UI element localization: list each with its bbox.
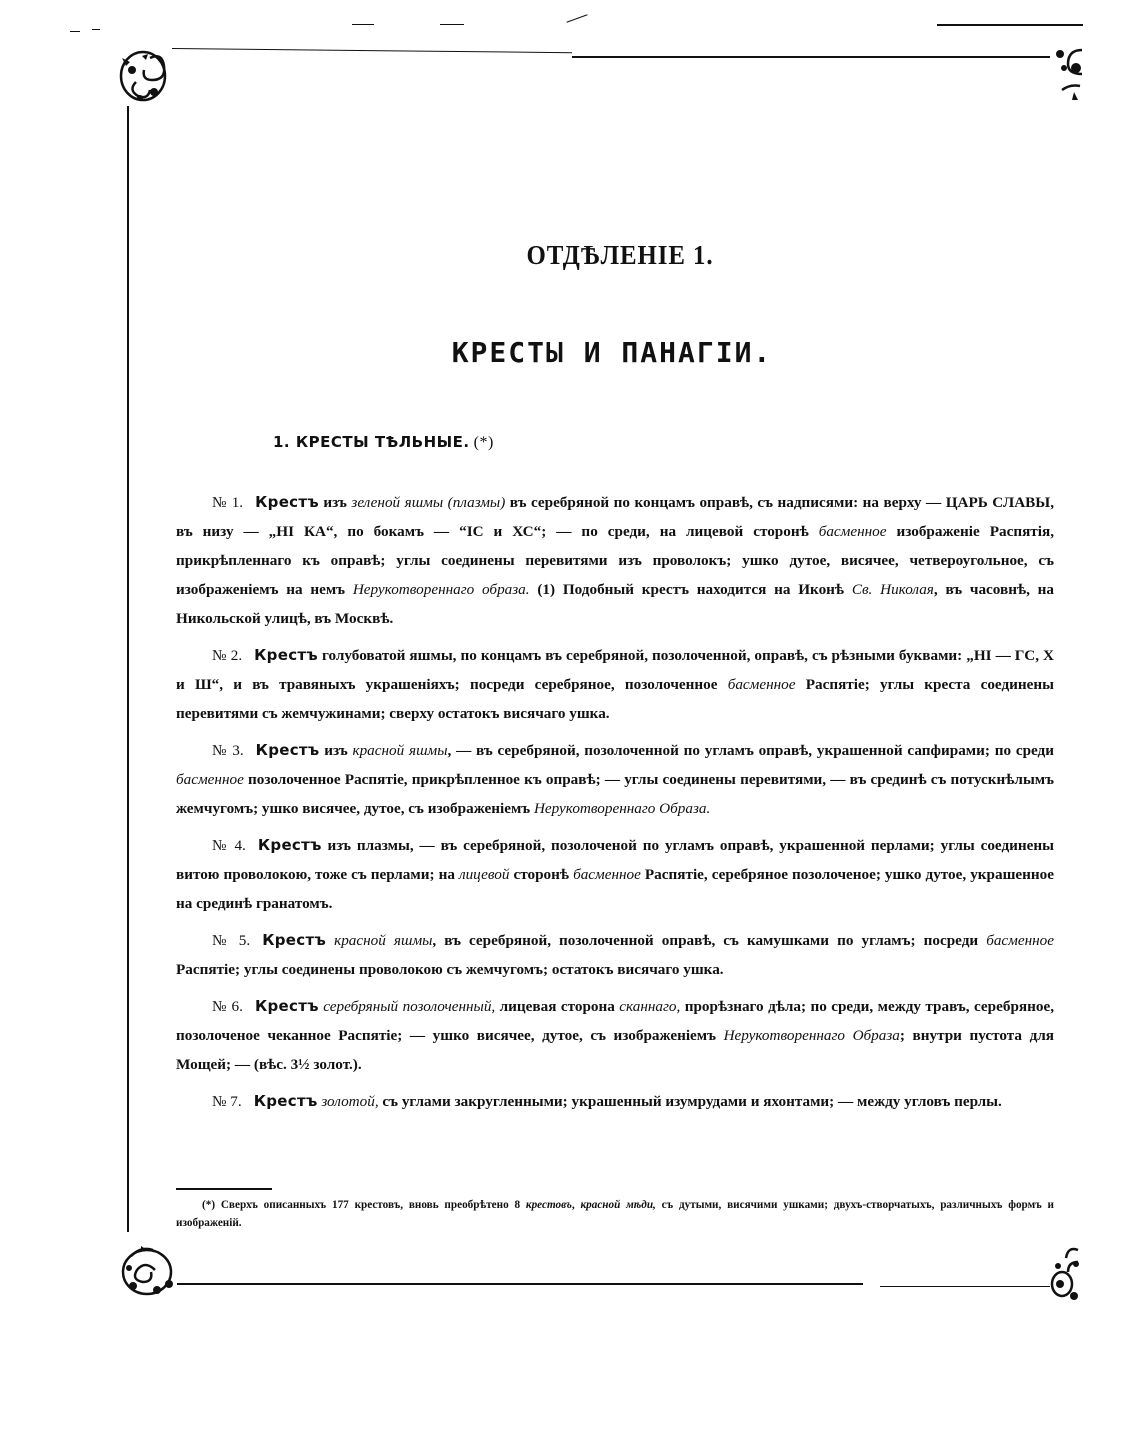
entry-number: № 4. bbox=[212, 837, 246, 854]
footnote-rule bbox=[176, 1188, 272, 1190]
text: изъ bbox=[319, 494, 351, 511]
entry-number: № 5. bbox=[212, 932, 250, 949]
scan-mark bbox=[352, 24, 374, 25]
italic-text: басменное bbox=[728, 676, 796, 693]
footnote: (*) Сверхъ описанныхъ 177 крестовъ, внов… bbox=[176, 1196, 1054, 1232]
frame-top-rule-right bbox=[572, 56, 1050, 58]
catalogue-entry: № 2.Крестъ голубоватой яшмы, по концамъ … bbox=[176, 641, 1054, 728]
frame-top-rule bbox=[172, 48, 572, 53]
italic-text: зеленой яшмы (плазмы) bbox=[351, 494, 505, 511]
italic-text: Нерукотвореннаго Образа. bbox=[534, 800, 710, 817]
italic-text: басменное bbox=[573, 866, 641, 883]
corner-ornament-top-right-icon bbox=[1052, 40, 1092, 106]
catalogue-entry: № 6.Крестъ серебряный позолоченный, лице… bbox=[176, 992, 1054, 1079]
subsection-label: 1. КРЕСТЫ ТѢЛЬНЫЕ. bbox=[273, 433, 470, 451]
italic-text: крестовъ bbox=[526, 1199, 572, 1211]
text: , — въ серебряной, позолоченной по углам… bbox=[448, 742, 1054, 759]
frame-bottom-rule-right bbox=[880, 1286, 1050, 1287]
italic-text: Нерукотвореннаго Образа bbox=[724, 1027, 900, 1044]
text: лицевая сторона bbox=[495, 998, 619, 1015]
corner-ornament-bottom-right-icon bbox=[1048, 1240, 1088, 1306]
footnote-marker: (*) bbox=[474, 434, 494, 451]
italic-text: басменное bbox=[819, 523, 887, 540]
scan-mark bbox=[92, 29, 100, 30]
text: сторонѣ bbox=[509, 866, 573, 883]
corner-ornament-bottom-left-icon bbox=[115, 1240, 181, 1306]
section-heading: ОТДѢЛЕНІЕ 1. bbox=[50, 240, 1140, 271]
italic-text: красной яшмы bbox=[352, 742, 447, 759]
text: съ углами закругленными; украшенный изум… bbox=[379, 1093, 1002, 1110]
italic-text: золотой, bbox=[321, 1093, 378, 1110]
catalogue-entry: № 4.Крестъ изъ плазмы, — въ серебряной, … bbox=[176, 831, 1054, 918]
entry-number: № 3. bbox=[212, 742, 244, 759]
text: (*) Сверхъ описанныхъ 177 крестовъ, внов… bbox=[202, 1199, 526, 1211]
header-rule bbox=[937, 24, 1083, 26]
italic-text: серебряный позолоченный, bbox=[323, 998, 495, 1015]
entry-number: № 1. bbox=[212, 494, 243, 511]
entry-keyword: Крестъ bbox=[258, 836, 322, 854]
text: (1) Подобный крестъ находится на Иконѣ bbox=[530, 581, 852, 598]
italic-text: красной яшмы bbox=[334, 932, 432, 949]
entry-number: № 7. bbox=[212, 1093, 242, 1110]
entry-keyword: Крестъ bbox=[256, 741, 320, 759]
scan-mark bbox=[566, 14, 587, 22]
entry-number: № 2. bbox=[212, 647, 242, 664]
catalogue-entry: № 1.Крестъ изъ зеленой яшмы (плазмы) въ … bbox=[176, 488, 1054, 633]
entry-number: № 6. bbox=[212, 998, 243, 1015]
entry-keyword: Крестъ bbox=[254, 646, 318, 664]
catalogue-entry: № 7.Крестъ золотой, съ углами закругленн… bbox=[176, 1087, 1054, 1116]
text bbox=[326, 932, 334, 949]
catalogue-entry: № 5.Крестъ красной яшмы, въ серебряной, … bbox=[176, 926, 1054, 984]
italic-text: лицевой bbox=[459, 866, 510, 883]
entry-list: № 1.Крестъ изъ зеленой яшмы (плазмы) въ … bbox=[176, 488, 1054, 1124]
entry-keyword: Крестъ bbox=[255, 493, 319, 511]
frame-bottom-rule bbox=[177, 1283, 863, 1285]
catalogue-entry: № 3.Крестъ изъ красной яшмы, — въ серебр… bbox=[176, 736, 1054, 823]
italic-text: Нерукотвореннаго образа. bbox=[353, 581, 530, 598]
entry-keyword: Крестъ bbox=[262, 931, 326, 949]
italic-text: басменное bbox=[986, 932, 1054, 949]
text: , въ серебряной, позолоченной оправѣ, съ… bbox=[432, 932, 986, 949]
italic-text: басменное bbox=[176, 771, 244, 788]
text: Распятіе; углы соединены проволокою съ ж… bbox=[176, 961, 724, 978]
italic-text: сканнаго, bbox=[619, 998, 680, 1015]
entry-keyword: Крестъ bbox=[254, 1092, 318, 1110]
corner-ornament-top-left-icon bbox=[110, 40, 176, 106]
italic-text: Св. Николая bbox=[852, 581, 934, 598]
italic-text: красной мѣди, bbox=[580, 1199, 655, 1211]
subsection-heading: 1. КРЕСТЫ ТѢЛЬНЫЕ.(*) bbox=[273, 433, 494, 452]
frame-left-rule bbox=[127, 106, 129, 1232]
entry-keyword: Крестъ bbox=[255, 997, 319, 1015]
chapter-heading: КРЕСТЫ И ПАНАГІИ. bbox=[0, 336, 1140, 369]
scan-mark bbox=[70, 31, 80, 32]
scan-mark bbox=[440, 24, 464, 25]
text: изъ bbox=[319, 742, 352, 759]
